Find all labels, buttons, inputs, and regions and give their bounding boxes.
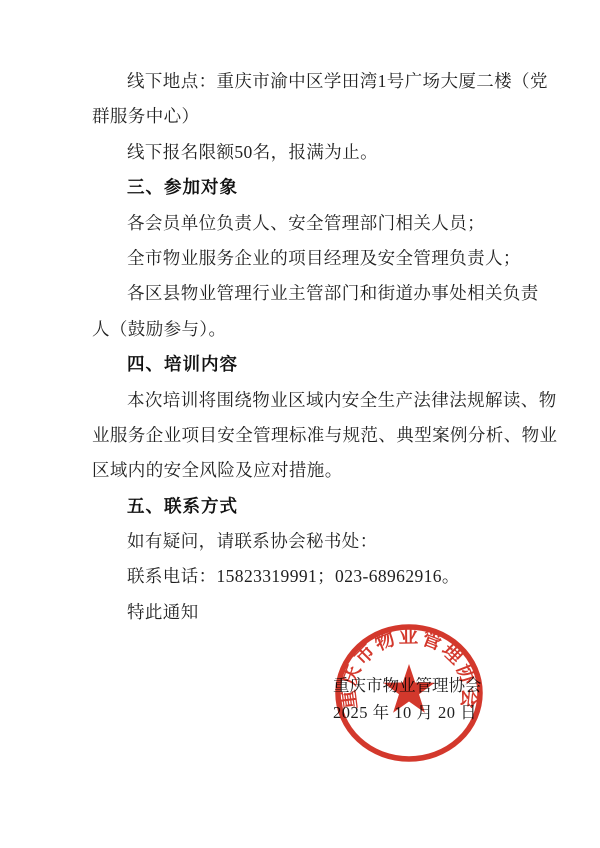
text-line: 线下报名限额50名，报满为止。 — [92, 135, 512, 170]
text-line: 如有疑问，请联系协会秘书处： — [92, 524, 512, 559]
signature-block: 重庆市物业管理协会 2025 年 10 月 20 日 — [333, 672, 482, 726]
text-line: 各区县物业管理行业主管部门和街道办事处相关负责 — [92, 276, 512, 311]
signature-date: 2025 年 10 月 20 日 — [333, 699, 482, 726]
document-body: 线下地点：重庆市渝中区学田湾1号广场大厦二楼（党群服务中心）线下报名限额50名，… — [92, 64, 512, 630]
text-line: 本次培训将围绕物业区域内安全生产法律法规解读、物 — [92, 383, 512, 418]
text-line: 联系电话：15823319991；023-68962916。 — [92, 559, 512, 594]
text-line: 群服务中心） — [92, 99, 512, 134]
text-line: 线下地点：重庆市渝中区学田湾1号广场大厦二楼（党 — [92, 64, 512, 99]
text-line: 业服务企业项目安全管理标准与规范、典型案例分析、物业 — [92, 418, 512, 453]
notice-document-page: 线下地点：重庆市渝中区学田湾1号广场大厦二楼（党群服务中心）线下报名限额50名，… — [0, 0, 600, 848]
text-line: 全市物业服务企业的项目经理及安全管理负责人； — [92, 241, 512, 276]
text-line: 特此通知 — [92, 595, 512, 630]
signature-org: 重庆市物业管理协会 — [333, 672, 482, 699]
text-line: 区域内的安全风险及应对措施。 — [92, 453, 512, 488]
section-heading: 五、联系方式 — [92, 489, 512, 524]
text-line: 人（鼓励参与）。 — [92, 312, 512, 347]
text-line: 各会员单位负责人、安全管理部门相关人员； — [92, 206, 512, 241]
section-heading: 三、参加对象 — [92, 170, 512, 205]
section-heading: 四、培训内容 — [92, 347, 512, 382]
